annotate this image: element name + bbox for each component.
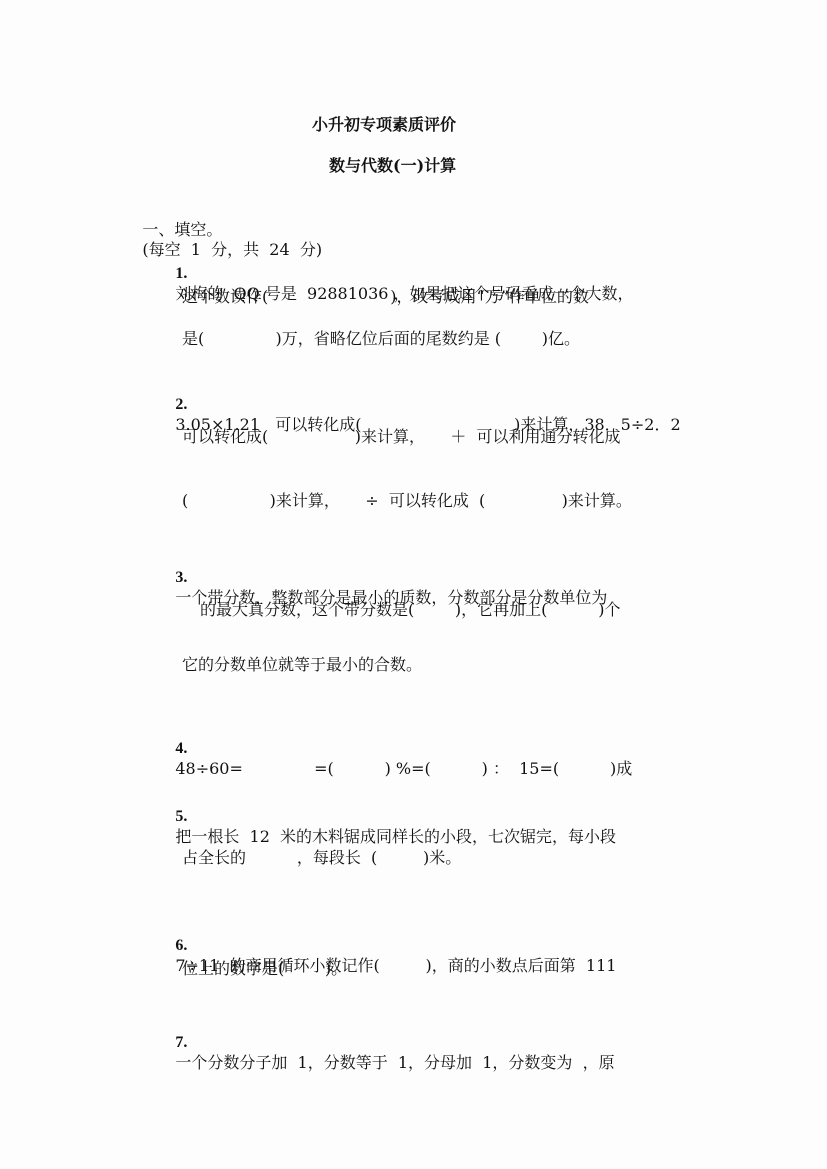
question-6-line-1: 6. 7÷11 的商用循环小数记作( )，商的小数点后面第 111 [155, 915, 616, 996]
question-7-text: 一个分数分子加 1，分数等于 1，分母加 1，分数变为 ，原 [175, 1053, 614, 1072]
question-6-line-2: 位上的数字是( )。 [182, 959, 347, 979]
question-7-line-1: 7. 一个分数分子加 1，分数等于 1，分母加 1，分数变为 ，原 [155, 1012, 615, 1093]
question-5-line-2: 占全长的 ，每段长 ( )米。 [182, 848, 461, 868]
question-5-number: 5. [175, 808, 187, 825]
document-title: 小升初专项素质评价 [312, 115, 456, 135]
question-4-text: 48÷60= =( ) %=( ) ： 15=( )成 [175, 759, 632, 778]
question-6-number: 6. [175, 937, 187, 954]
question-5-text: 把一根长 12 米的木料锯成同样长的小段，七次锯完，每小段 [175, 827, 616, 846]
question-3-line-3: 它的分数单位就等于最小的合数。 [182, 655, 422, 675]
question-4-number: 4. [175, 740, 187, 757]
document-subtitle: 数与代数(一)计算 [329, 156, 456, 176]
question-2-line-2: 可以转化成( )来计算， ＋ 可以利用通分转化成 [182, 427, 621, 447]
question-7-number: 7. [175, 1034, 187, 1051]
question-2-line-3: ( )来计算， ÷ 可以转化成 ( )来计算。 [182, 491, 632, 511]
section-heading-label: 一、填空。 [142, 220, 222, 239]
question-1-line-2: 这个数读作( )，改写成用“万”作单位的数 [182, 287, 589, 307]
question-1-number: 1. [175, 265, 187, 282]
question-3-number: 3. [175, 569, 187, 586]
question-1-line-1: 1. 刘梅的 QQ 号是 92881036 ，如果把这个号码看成一个大数， [155, 243, 634, 324]
question-3-line-2: 的最大真分数，这个带分数是( )，它再加上( )个 [200, 600, 621, 620]
question-1-line-3: 是( )万，省略亿位后面的尾数约是 ( )亿。 [182, 329, 580, 349]
question-2-number: 2. [175, 396, 187, 413]
